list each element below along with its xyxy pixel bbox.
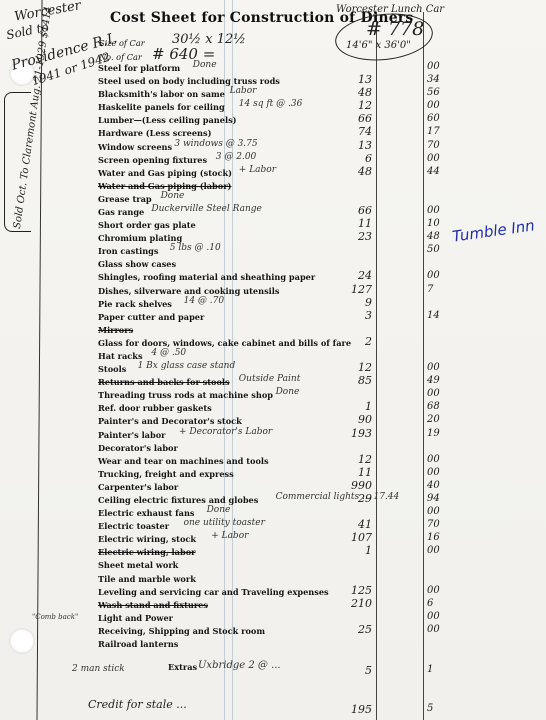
- line-item-note: one utility toaster: [184, 518, 265, 528]
- line-item-cents: 00: [427, 611, 440, 622]
- line-item-note: 3 windows @ 3.75: [174, 139, 257, 149]
- line-item-label: Returns and backs for stools: [98, 375, 230, 389]
- line-item-dollars: 48: [336, 165, 372, 178]
- line-item-cents: 40: [427, 480, 440, 491]
- header-dimensions: 14'6" x 36'0": [346, 40, 411, 51]
- line-item-label: Mirrors: [98, 323, 133, 337]
- line-item-dollars: 990: [336, 479, 372, 492]
- line-item-cents: 00: [427, 362, 440, 373]
- wash-left-note: "Comb back": [32, 613, 78, 621]
- line-item-cents: 00: [427, 388, 440, 399]
- line-item-label: Ceiling electric fixtures and globes: [98, 493, 258, 507]
- line-item-label: Light and Power: [98, 611, 173, 625]
- line-item-cents: 00: [427, 205, 440, 216]
- line-item-label: Tile and marble work: [98, 572, 196, 586]
- line-item-cents: 00: [427, 61, 440, 72]
- bottom-cents: 5: [427, 703, 433, 714]
- line-item-cents: 48: [427, 231, 440, 242]
- line-item-label: Leveling and servicing car and Traveling…: [98, 585, 329, 599]
- bottom-dollars: 195: [336, 703, 372, 716]
- line-item-cents: 00: [427, 100, 440, 111]
- line-item-dollars: 12: [336, 99, 372, 112]
- line-item-dollars: 66: [336, 112, 372, 125]
- line-item-cents: 70: [427, 140, 440, 151]
- line-item-note: Duckerville Steel Range: [151, 204, 261, 214]
- line-item-note: + Labor: [239, 165, 276, 175]
- line-item-dollars: 23: [336, 230, 372, 243]
- line-item-label: Railroad lanterns: [98, 637, 178, 651]
- line-item-dollars: 12: [336, 361, 372, 374]
- line-item-dollars: 125: [336, 584, 372, 597]
- scanned-cost-sheet: Cost Sheet for Construction of Diners Wo…: [0, 0, 546, 720]
- line-item-cents: 20: [427, 414, 440, 425]
- extras-cents: 1: [427, 664, 433, 675]
- extras-dollars: 5: [336, 664, 372, 677]
- line-item-cents: 16: [427, 532, 440, 543]
- line-item-label: Painter's labor: [98, 428, 166, 442]
- line-item-dollars: 6: [336, 152, 372, 165]
- line-item-cents: 7: [427, 284, 433, 295]
- line-item-dollars: 1: [336, 400, 372, 413]
- line-item-note: 1 Bx glass case stand: [138, 361, 236, 371]
- bottom-note: Credit for stale ...: [88, 698, 187, 711]
- line-item-dollars: 74: [336, 125, 372, 138]
- line-item-dollars: 2: [336, 335, 372, 348]
- line-item-label: Iron castings: [98, 244, 159, 258]
- line-item-dollars: 90: [336, 413, 372, 426]
- line-item-label: Stools: [98, 362, 126, 376]
- line-item-cents: 44: [427, 166, 440, 177]
- line-item-dollars: 25: [336, 623, 372, 636]
- line-item-label: Glass for doors, windows, cake cabinet a…: [98, 336, 351, 350]
- line-item-note: Done: [193, 60, 217, 70]
- line-item-label: Hat racks: [98, 349, 143, 363]
- line-item-cents: 00: [427, 270, 440, 281]
- line-item-dollars: 13: [336, 139, 372, 152]
- line-item-cents: 00: [427, 624, 440, 635]
- dollars-column-line: [376, 12, 377, 720]
- line-item-cents: 00: [427, 467, 440, 478]
- line-item-dollars: 127: [336, 283, 372, 296]
- line-item-label: Window screens: [98, 140, 172, 154]
- line-item-label: Electric toaster: [98, 519, 169, 533]
- line-item-cents: 14: [427, 310, 440, 321]
- line-item-dollars: 11: [336, 217, 372, 230]
- line-item-label: Grease trap: [98, 192, 152, 206]
- line-item-note: 4 @ .50: [151, 348, 186, 358]
- line-item-label: Electric wiring, labor: [98, 545, 195, 559]
- line-item-cents: 00: [427, 153, 440, 164]
- cents-column-line: [423, 12, 424, 720]
- line-item-label: Shingles, roofing material and sheathing…: [98, 270, 315, 284]
- extras-left-note: 2 man stick: [72, 664, 125, 674]
- line-item-label: Blacksmith's labor on same: [98, 87, 225, 101]
- line-item-cents: 00: [427, 506, 440, 517]
- line-item-cents: 50: [427, 244, 440, 255]
- line-item-label: Receiving, Shipping and Stock room: [98, 624, 265, 638]
- punch-hole-bottom: [9, 628, 35, 654]
- line-item-label: Carpenter's labor: [98, 480, 178, 494]
- line-item-cents: 70: [427, 519, 440, 530]
- line-item-dollars: 1: [336, 544, 372, 557]
- line-item-note: Done: [276, 387, 300, 397]
- header-car-number: # 778: [366, 18, 424, 40]
- line-item-label: Ref. door rubber gaskets: [98, 401, 212, 415]
- line-item-label: Threading truss rods at machine shop: [98, 388, 273, 402]
- line-item-label: Steel for platform: [98, 61, 180, 75]
- line-item-label: Gas range: [98, 205, 144, 219]
- line-item-note: 5 lbs @ .10: [170, 243, 221, 253]
- line-item-note: 3 @ 2.00: [216, 152, 257, 162]
- line-item-label: Electric wiring, stock: [98, 532, 196, 546]
- size-of-car-label: Size of Car: [99, 36, 145, 50]
- line-item-cents: 19: [427, 428, 440, 439]
- column-guide: [232, 0, 233, 720]
- line-item-label: Paper cutter and paper: [98, 310, 204, 324]
- line-item-cents: 49: [427, 375, 440, 386]
- margin-note-tumble-inn: Tumble Inn: [451, 216, 536, 245]
- line-item-cents: 6: [427, 598, 433, 609]
- line-item-cents: 68: [427, 401, 440, 412]
- line-item-note: 14 @ .70: [184, 296, 225, 306]
- line-item-dollars: 9: [336, 296, 372, 309]
- line-item-label: Pie rack shelves: [98, 297, 172, 311]
- line-item-cents: 60: [427, 113, 440, 124]
- line-item-cents: 00: [427, 545, 440, 556]
- line-item-dollars: 85: [336, 374, 372, 387]
- line-item-dollars: 13: [336, 73, 372, 86]
- line-item-label: Electric exhaust fans: [98, 506, 195, 520]
- line-item-cents: 00: [427, 585, 440, 596]
- line-item-label: Sheet metal work: [98, 558, 178, 572]
- line-item-cents: 00: [427, 454, 440, 465]
- line-item-note: Done: [207, 505, 231, 515]
- line-item-dollars: 210: [336, 597, 372, 610]
- line-item-label: Water and Gas piping (stock): [98, 166, 232, 180]
- line-item-dollars: 29: [336, 492, 372, 505]
- line-item-cents: 10: [427, 218, 440, 229]
- line-item-dollars: 11: [336, 466, 372, 479]
- line-item-note: + Decorator's Labor: [179, 427, 272, 437]
- line-item-note: Labor: [230, 86, 257, 96]
- line-item-label: Glass show cases: [98, 257, 176, 271]
- line-item-dollars: 48: [336, 86, 372, 99]
- line-item-label: Hardware (Less screens): [98, 126, 211, 140]
- line-item-dollars: 193: [336, 427, 372, 440]
- line-item-label: Screen opening fixtures: [98, 153, 207, 167]
- line-item-label: Painter's and Decorator's stock: [98, 414, 242, 428]
- line-item-dollars: 3: [336, 309, 372, 322]
- line-item-label: Wash stand and fixtures: [98, 598, 208, 612]
- line-item-note: + Labor: [211, 531, 248, 541]
- extras-label: Extras: [168, 660, 197, 674]
- line-item-note: Outside Paint: [239, 374, 301, 384]
- line-item-dollars: 12: [336, 453, 372, 466]
- line-item-cents: 17: [427, 126, 440, 137]
- side-note-bracket: [4, 92, 31, 232]
- line-item-cents: 34: [427, 74, 440, 85]
- line-item-label: Trucking, freight and express: [98, 467, 234, 481]
- line-item-note: 14 sq ft @ .36: [239, 99, 303, 109]
- line-item-label: Short order gas plate: [98, 218, 196, 232]
- line-item-dollars: 66: [336, 204, 372, 217]
- line-item-label: Wear and tear on machines and tools: [98, 454, 269, 468]
- extras-note: Uxbridge 2 @ ...: [198, 660, 281, 671]
- line-item-label: Decorator's labor: [98, 441, 178, 455]
- line-item-cents: 94: [427, 493, 440, 504]
- line-item-note: Done: [161, 191, 185, 201]
- line-item-label: Haskelite panels for ceiling: [98, 100, 225, 114]
- line-item-label: Lumber—(Less ceiling panels): [98, 113, 237, 127]
- line-item-dollars: 24: [336, 269, 372, 282]
- line-item-dollars: 107: [336, 531, 372, 544]
- line-item-cents: 56: [427, 87, 440, 98]
- line-item-dollars: 41: [336, 518, 372, 531]
